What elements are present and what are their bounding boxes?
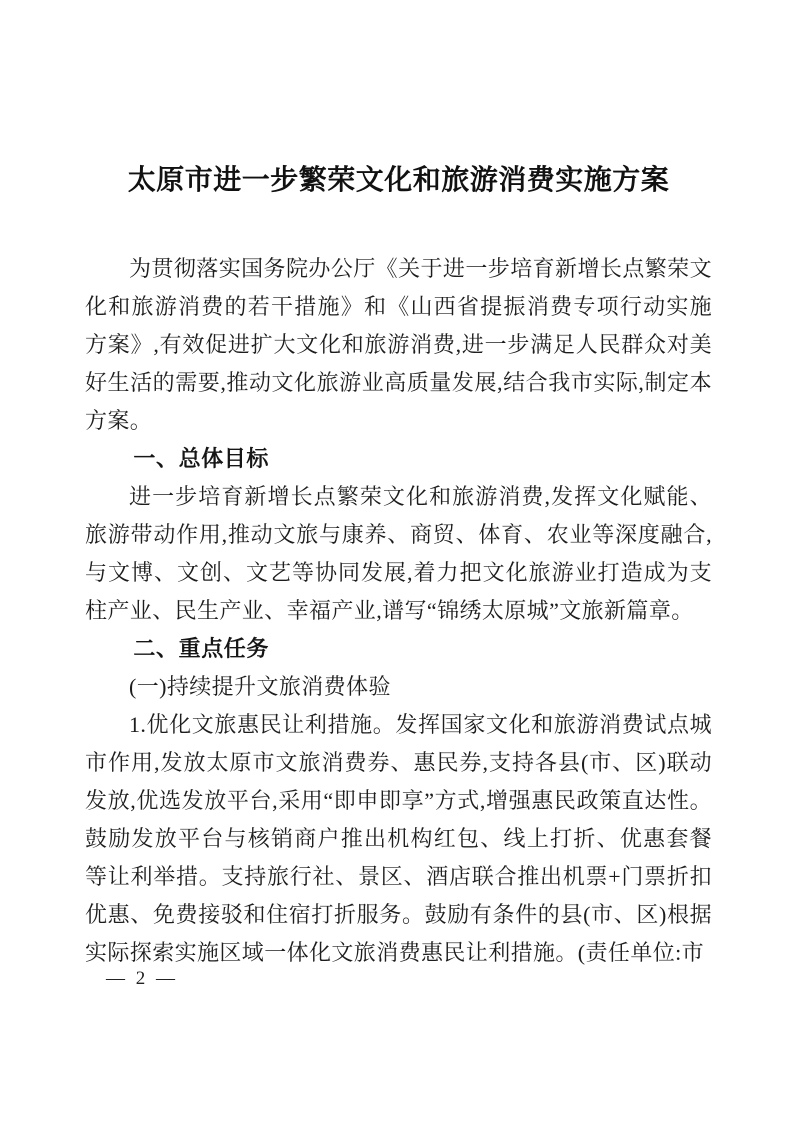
page-number: — 2 — — [106, 965, 178, 993]
paragraph-overall-goals: 进一步培育新增长点繁荣文化和旅游消费,发挥文化赋能、旅游带动作用,推动文旅与康养… — [85, 478, 712, 630]
document-title: 太原市进一步繁荣文化和旅游消费实施方案 — [85, 160, 712, 200]
paragraph-benefit-measures: 1.优化文旅惠民让利措施。发挥国家文化和旅游消费试点城市作用,发放太原市文旅消费… — [85, 706, 712, 972]
section-heading-key-tasks: 二、重点任务 — [85, 630, 712, 668]
subsection-heading-consumption-experience: (一)持续提升文旅消费体验 — [85, 668, 712, 706]
document-page: 太原市进一步繁荣文化和旅游消费实施方案 为贯彻落实国务院办公厅《关于进一步培育新… — [0, 0, 793, 1122]
intro-paragraph: 为贯彻落实国务院办公厅《关于进一步培育新增长点繁荣文化和旅游消费的若干措施》和《… — [85, 250, 712, 440]
section-heading-overall-goals: 一、总体目标 — [85, 440, 712, 478]
